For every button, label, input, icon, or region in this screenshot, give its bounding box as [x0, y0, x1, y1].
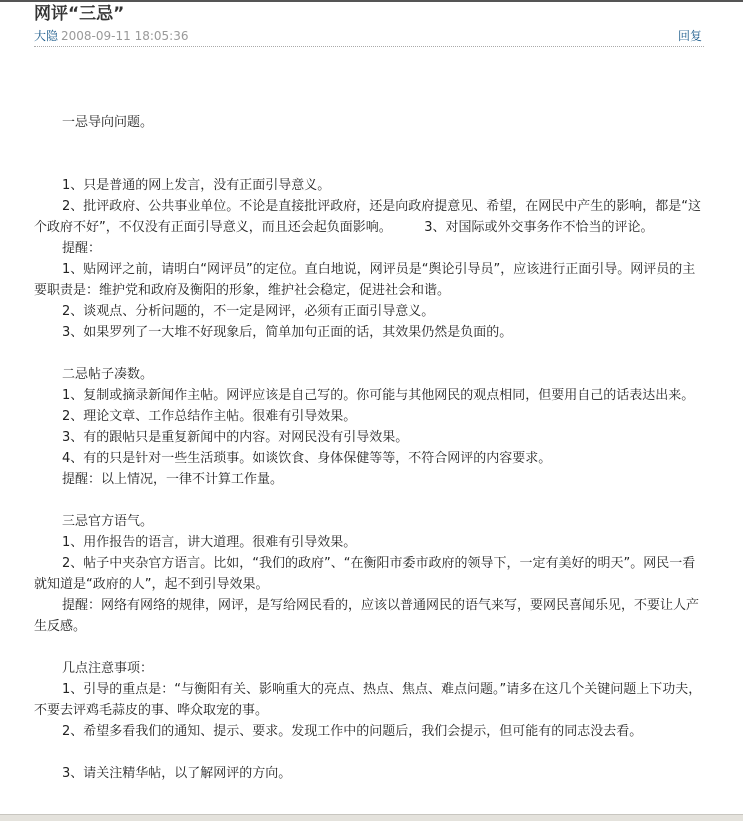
- spacer: [34, 742, 704, 763]
- post-header: 网评“三忌” 大隐2008-09-11 18:05:36 回复: [34, 2, 704, 47]
- section-heading-1: 一忌导向问题。: [34, 112, 704, 133]
- author-link[interactable]: 大隐: [34, 29, 58, 43]
- paragraph: 提醒：: [34, 238, 704, 259]
- reply-link[interactable]: 回复: [678, 26, 702, 46]
- post-title: 网评“三忌”: [34, 2, 704, 26]
- paragraph: 1、贴网评之前，请明白“网评员”的定位。直白地说，网评员是“舆论引导员”，应该进…: [34, 259, 704, 301]
- paragraph: 3、有的跟帖只是重复新闻中的内容。对网民没有引导效果。: [34, 427, 704, 448]
- section-heading-3: 三忌官方语气。: [34, 511, 704, 532]
- paragraph: 提醒：以上情况，一律不计算工作量。: [34, 469, 704, 490]
- spacer: [34, 490, 704, 511]
- paragraph: 3、如果罗列了一大堆不好现象后，简单加句正面的话，其效果仍然是负面的。: [34, 322, 704, 343]
- paragraph: 1、引导的重点是：“与衡阳有关、影响重大的亮点、热点、焦点、难点问题。”请多在这…: [34, 679, 704, 721]
- bottom-border: [0, 814, 743, 821]
- spacer: [34, 154, 704, 175]
- paragraph: 4、有的只是针对一些生活琐事。如谈饮食、身体保健等等，不符合网评的内容要求。: [34, 448, 704, 469]
- paragraph: 2、帖子中夹杂官方语言。比如，“我们的政府”、“在衡阳市委市政府的领导下，一定有…: [34, 553, 704, 595]
- paragraph: 2、希望多看我们的通知、提示、要求。发现工作中的问题后，我们会提示，但可能有的同…: [34, 721, 704, 742]
- paragraph: 2、理论文章、工作总结作主帖。很难有引导效果。: [34, 406, 704, 427]
- post-timestamp: 2008-09-11 18:05:36: [61, 29, 188, 43]
- section-heading-4: 几点注意事项：: [34, 658, 704, 679]
- spacer: [34, 343, 704, 364]
- paragraph: 1、只是普通的网上发言，没有正面引导意义。: [34, 175, 704, 196]
- paragraph: 2、批评政府、公共事业单位。不论是直接批评政府，还是向政府提意见、希望，在网民中…: [34, 196, 704, 238]
- paragraph: 2、谈观点、分析问题的，不一定是网评，必须有正面引导意义。: [34, 301, 704, 322]
- paragraph: 1、复制或摘录新闻作主帖。网评应该是自己写的。你可能与其他网民的观点相同，但要用…: [34, 385, 704, 406]
- spacer: [34, 133, 704, 154]
- spacer: [34, 637, 704, 658]
- section-heading-2: 二忌帖子凑数。: [34, 364, 704, 385]
- paragraph: 3、请关注精华帖，以了解网评的方向。: [34, 763, 704, 784]
- paragraph: 提醒：网络有网络的规律，网评，是写给网民看的，应该以普通网民的语气来写，要网民喜…: [34, 595, 704, 637]
- post-meta: 大隐2008-09-11 18:05:36 回复: [34, 26, 704, 47]
- paragraph: 1、用作报告的语言，讲大道理。很难有引导效果。: [34, 532, 704, 553]
- post-body: 一忌导向问题。 1、只是普通的网上发言，没有正面引导意义。 2、批评政府、公共事…: [34, 112, 704, 784]
